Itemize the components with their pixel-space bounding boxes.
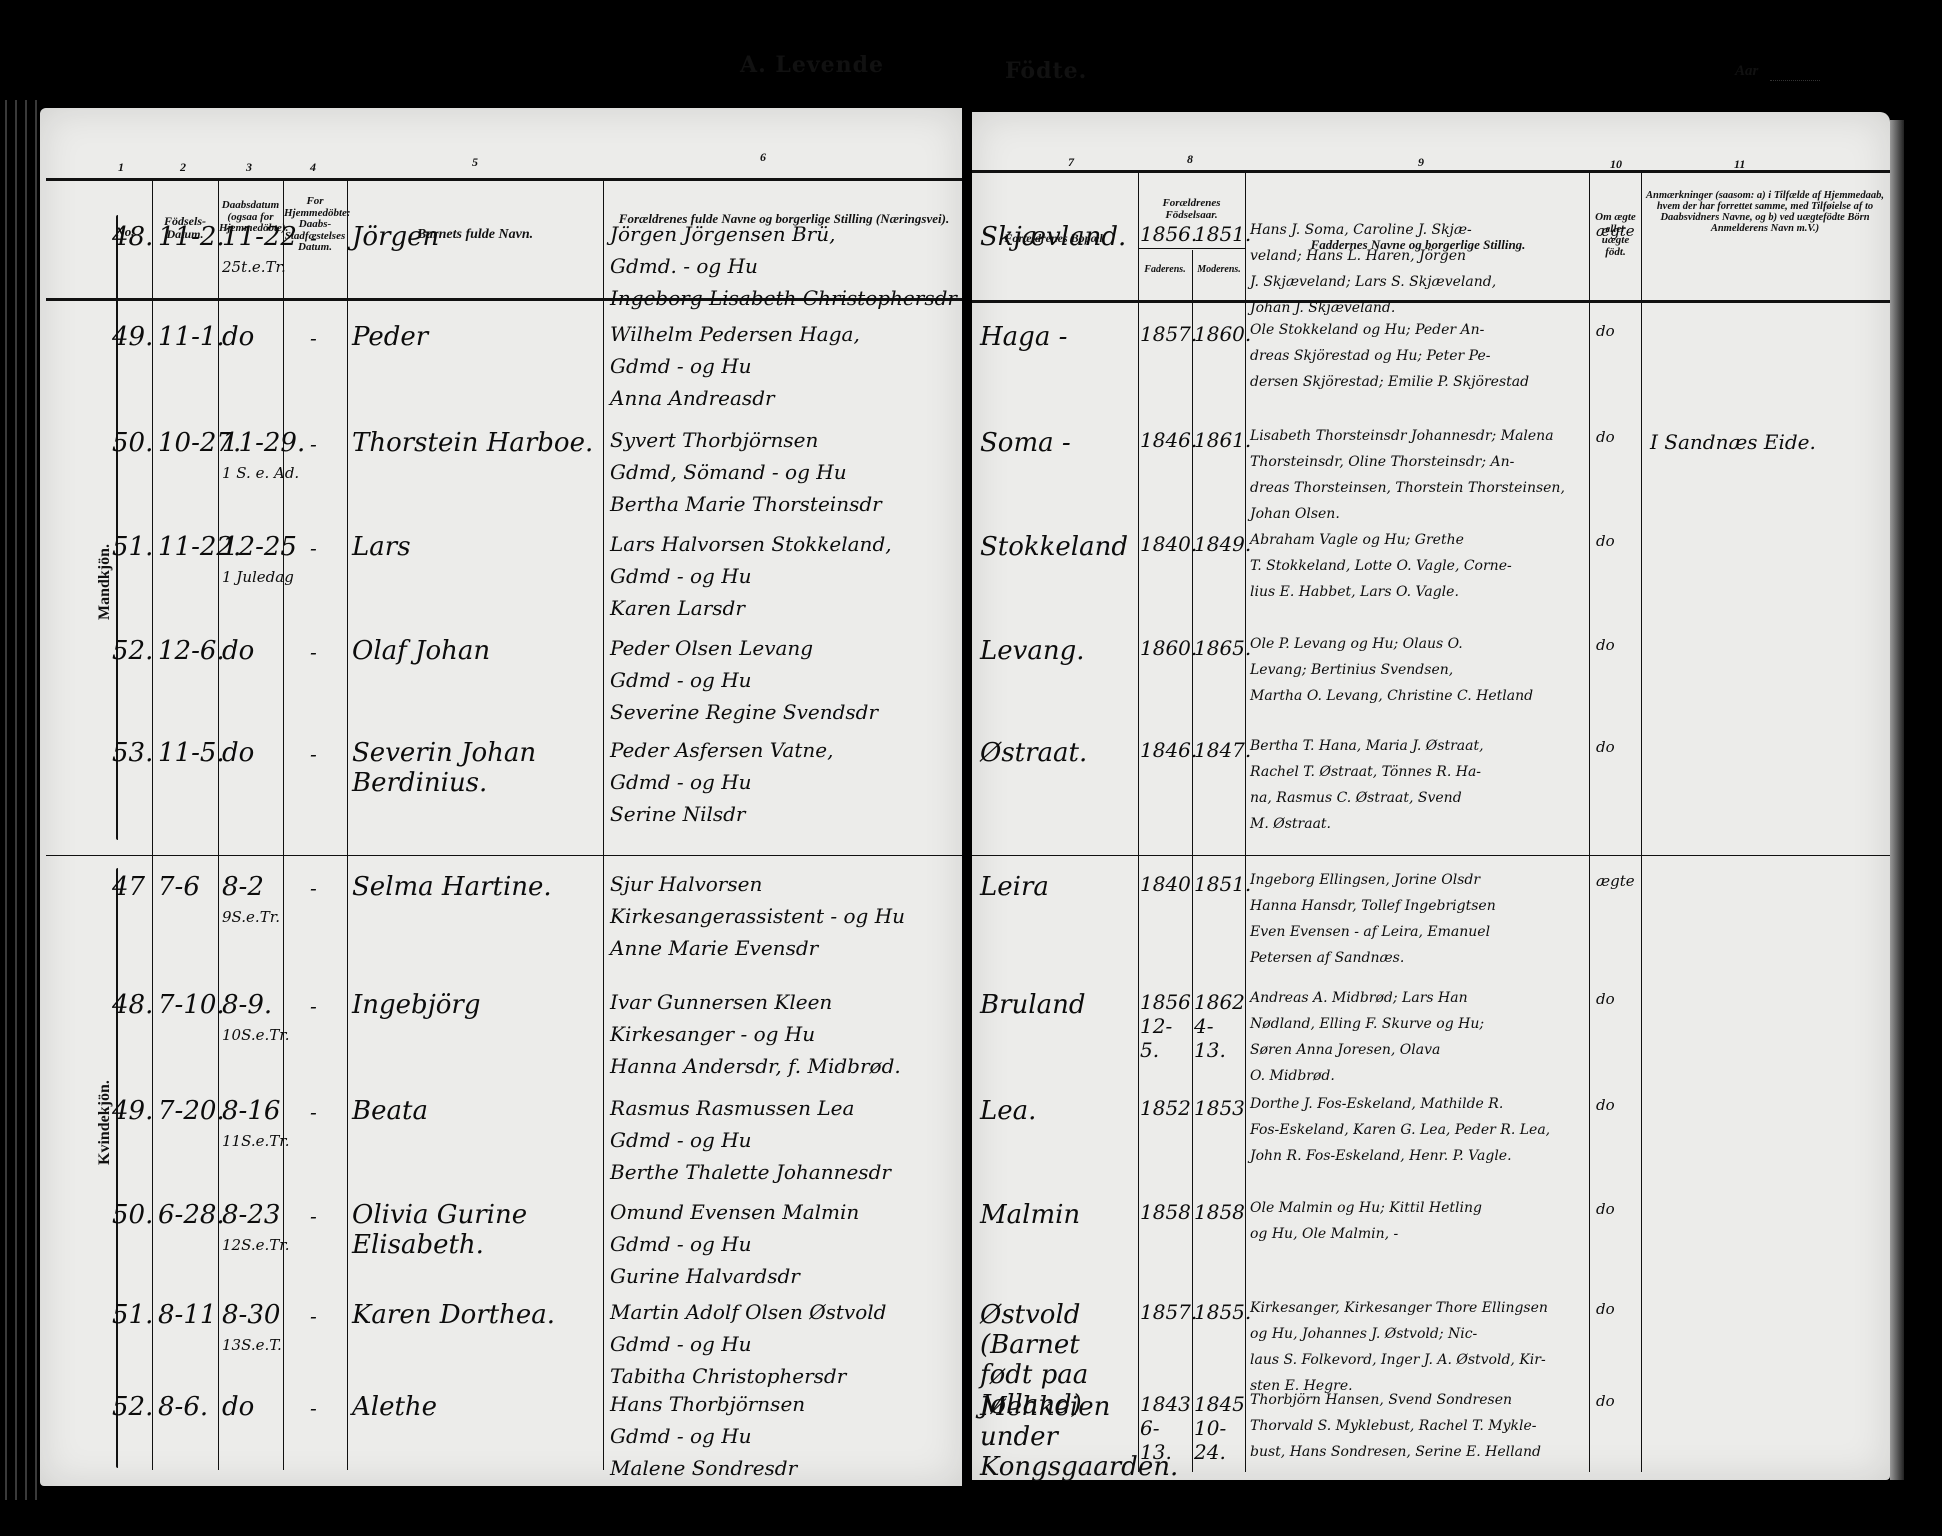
mother-birth-year: 1851. <box>1194 222 1244 246</box>
residence: Mehkeien under Kongsgaarden. <box>980 1392 1135 1482</box>
column-number: 8 <box>1187 152 1193 167</box>
residence: Østraat. <box>980 738 1135 768</box>
sponsors-line: Thorsteinsdr, Oline Thorsteinsdr; An- <box>1250 454 1514 470</box>
parents-line: Karen Larsdr <box>610 596 745 620</box>
baptism-date: 8-2 <box>222 872 264 902</box>
baptism-note: 1 Juledag <box>222 568 294 586</box>
parents-line: Peder Asfersen Vatne, <box>610 738 833 762</box>
baptism-date: 8-23 <box>222 1200 280 1230</box>
father-birth-year: 1840 <box>1140 872 1190 896</box>
home-baptism: - <box>310 1204 317 1228</box>
mother-birth-year: 1853 <box>1194 1096 1244 1120</box>
column-number: 6 <box>760 150 766 165</box>
child-name: Karen Dorthea. <box>352 1300 597 1330</box>
home-baptism: - <box>310 1304 317 1328</box>
residence: Haga - <box>980 322 1135 352</box>
column-number: 9 <box>1418 155 1424 170</box>
header-father-year: Faderens. <box>1139 265 1191 276</box>
entry-number: 51. <box>112 1300 152 1330</box>
sponsors-line: Martha O. Levang, Christine C. Hetland <box>1250 688 1533 704</box>
baptism-note: 12S.e.Tr. <box>222 1236 290 1254</box>
birth-date: 12-6. <box>158 636 225 666</box>
entry-number: 48. <box>112 990 152 1020</box>
birth-date: 7-6 <box>158 872 200 902</box>
parents-line: Serine Nilsdr <box>610 802 746 826</box>
legitimacy: do <box>1596 532 1615 550</box>
sponsors-line: Ole Malmin og Hu; Kittil Hetling <box>1250 1200 1482 1216</box>
sponsors-line: Lisabeth Thorsteinsdr Johannesdr; Malena <box>1250 428 1554 444</box>
sponsors-line: O. Midbrød. <box>1250 1068 1335 1084</box>
header-remarks: Anmærkninger (saasom: a) i Tilfælde af H… <box>1645 190 1885 234</box>
parents-line: Syvert Thorbjörnsen <box>610 428 818 452</box>
parents-line: Lars Halvorsen Stokkeland, <box>610 532 892 556</box>
sponsors-line: John R. Fos-Eskeland, Henr. P. Vagle. <box>1250 1148 1512 1164</box>
entry-number: 50. <box>112 1200 152 1230</box>
parents-line: Martin Adolf Olsen Østvold <box>610 1300 886 1324</box>
sponsors-line: og Hu, Ole Malmin, - <box>1250 1226 1398 1242</box>
sponsors-line: bust, Hans Sondresen, Serine E. Helland <box>1250 1444 1541 1460</box>
residence: Skjævland. <box>980 222 1135 252</box>
parents-line: Gdmd - og Hu <box>610 1232 752 1256</box>
home-baptism: - <box>310 326 317 350</box>
parents-line: Berthe Thalette Johannesdr <box>610 1160 891 1184</box>
section-title-left: A. Levende <box>740 52 884 78</box>
column-rule <box>1138 172 1139 1472</box>
column-number: 3 <box>246 160 252 175</box>
father-birth-year: 1860. <box>1140 636 1190 660</box>
entry-number: 47 <box>112 872 152 902</box>
mother-birth-year: 1861. <box>1194 428 1244 452</box>
entry-number: 53. <box>112 738 152 768</box>
entry-number: 52. <box>112 1392 152 1422</box>
parents-line: Rasmus Rasmussen Lea <box>610 1096 854 1120</box>
baptism-date: 8-30 <box>222 1300 280 1330</box>
mother-birth-year: 1847. <box>1194 738 1244 762</box>
baptism-note: 13S.e.T. <box>222 1336 282 1354</box>
entry-number: 51. <box>112 532 152 562</box>
parents-line: Jörgen Jörgensen Brü, <box>610 222 835 246</box>
entry-number: 49. <box>112 322 152 352</box>
birth-date: 11-1. <box>158 322 225 352</box>
birth-date: 7-20. <box>158 1096 225 1126</box>
sponsors-line: Rachel T. Østraat, Tönnes R. Ha- <box>1250 764 1481 780</box>
column-rule <box>152 180 153 1470</box>
child-name: Thorstein Harboe. <box>352 428 597 458</box>
parents-line: Gdmd - og Hu <box>610 1424 752 1448</box>
residence: Levang. <box>980 636 1135 666</box>
residence: Bruland <box>980 990 1135 1020</box>
parents-line: Ingeborg Lisabeth Christophersdr <box>610 286 957 310</box>
birth-date: 7-10. <box>158 990 225 1020</box>
header-bottom-rule <box>972 300 1890 303</box>
child-name: Jörgen <box>352 222 597 252</box>
sponsors-line: dreas Skjörestad og Hu; Peter Pe- <box>1250 348 1490 364</box>
father-birth-year: 1857. <box>1140 322 1190 346</box>
birth-date: 8-6. <box>158 1392 208 1422</box>
legitimacy: do <box>1596 322 1615 340</box>
mother-birth-year: 1858 <box>1194 1200 1244 1224</box>
column-number: 1 <box>118 160 124 175</box>
sponsors-line: lius E. Habbet, Lars O. Vagle. <box>1250 584 1459 600</box>
page-number: 64 <box>1835 52 1865 86</box>
father-birth-year: 1857. <box>1140 1300 1190 1324</box>
sponsors-line: Ingeborg Ellingsen, Jorine Olsdr <box>1250 872 1480 888</box>
sponsors-line: M. Østraat. <box>1250 816 1331 832</box>
parents-line: Bertha Marie Thorsteinsdr <box>610 492 882 516</box>
parents-line: Gdmd - og Hu <box>610 770 752 794</box>
column-rule <box>1589 172 1590 1472</box>
child-name: Peder <box>352 322 597 352</box>
parents-line: Gdmd. - og Hu <box>610 254 758 278</box>
father-birth-year: 1840. <box>1140 532 1190 556</box>
child-name: Olaf Johan <box>352 636 597 666</box>
birth-date: 6-28. <box>158 1200 225 1230</box>
column-number: 4 <box>310 160 316 175</box>
baptism-date: do <box>222 1392 254 1422</box>
page-edge <box>1890 120 1904 1480</box>
parents-line: Malene Sondresdr <box>610 1456 797 1480</box>
father-birth-year: 1846. <box>1140 738 1190 762</box>
sponsors-line: J. Skjæveland; Lars S. Skjæveland, <box>1250 274 1496 290</box>
mother-birth-year: 1845 10-24. <box>1194 1392 1244 1464</box>
mother-birth-year: 1862 4-13. <box>1194 990 1244 1062</box>
sponsors-line: Even Evensen - af Leira, Emanuel <box>1250 924 1490 940</box>
father-birth-year: 1856. <box>1140 222 1190 246</box>
sponsors-line: Søren Anna Joresen, Olava <box>1250 1042 1440 1058</box>
sponsors-line: Ole Stokkeland og Hu; Peder An- <box>1250 322 1484 338</box>
mother-birth-year: 1855. <box>1194 1300 1244 1324</box>
sponsors-line: og Hu, Johannes J. Østvold; Nic- <box>1250 1326 1477 1342</box>
remarks: I Sandnæs Eide. <box>1650 430 1816 454</box>
father-birth-year: 1846. <box>1140 428 1190 452</box>
header-birth-year: Forældrenes Födselsaar. <box>1139 198 1244 221</box>
birth-date: 8-11 <box>158 1300 216 1330</box>
child-name: Lars <box>352 532 597 562</box>
legitimacy: do <box>1596 738 1615 756</box>
parents-line: Kirkesangerassistent - og Hu <box>610 904 905 928</box>
column-rule <box>1245 172 1246 1472</box>
sponsors-line: Petersen af Sandnæs. <box>1250 950 1404 966</box>
column-rule <box>283 180 284 1470</box>
sponsors-line: Fos-Eskeland, Karen G. Lea, Peder R. Lea… <box>1250 1122 1550 1138</box>
legitimacy: do <box>1596 1096 1615 1114</box>
parents-line: Gdmd - og Hu <box>610 1128 752 1152</box>
sponsors-line: Johan J. Skjæveland. <box>1250 300 1395 316</box>
birth-date: 11-2. <box>158 222 225 252</box>
father-birth-year: 1852 <box>1140 1096 1190 1120</box>
baptism-date: do <box>222 322 254 352</box>
header-top-rule <box>972 170 1890 173</box>
sponsors-line: veland; Hans L. Haren, Jörgen <box>1250 248 1466 264</box>
legitimacy: ægte <box>1596 222 1635 240</box>
sponsors-line: Kirkesanger, Kirkesanger Thore Ellingsen <box>1250 1300 1548 1316</box>
baptism-date: 12-25 <box>222 532 297 562</box>
year-dotted-line <box>1770 80 1820 81</box>
entry-number: 49. <box>112 1096 152 1126</box>
mother-birth-year: 1865. <box>1194 636 1244 660</box>
parents-line: Omund Evensen Malmin <box>610 1200 859 1224</box>
year-label: Aar <box>92 70 120 90</box>
entry-number: 50. <box>112 428 152 458</box>
header-mother-year: Moderens. <box>1193 265 1245 276</box>
mother-birth-year: 1849. <box>1194 532 1244 556</box>
baptism-note: 1 S. e. Ad. <box>222 464 299 482</box>
mother-birth-year: 1860. <box>1194 322 1244 346</box>
sponsors-line: Andreas A. Midbrød; Lars Han <box>1250 990 1468 1006</box>
home-baptism: - <box>310 536 317 560</box>
column-number: 2 <box>180 160 186 175</box>
parents-line: Kirkesanger - og Hu <box>610 1022 815 1046</box>
child-name: Severin Johan Berdinius. <box>352 738 597 798</box>
header-top-rule <box>46 178 962 181</box>
baptism-note: 25t.e.Tr. <box>222 258 286 276</box>
parents-line: Hanna Andersdr, f. Midbrød. <box>610 1054 901 1078</box>
baptism-date: 8-9. <box>222 990 272 1020</box>
sponsors-line: na, Rasmus C. Østraat, Svend <box>1250 790 1462 806</box>
parents-line: Sjur Halvorsen <box>610 872 762 896</box>
page-gutter <box>962 100 972 1536</box>
father-birth-year: 1843 6-13. <box>1140 1392 1190 1464</box>
column-rule <box>347 180 348 1470</box>
parents-line: Anne Marie Evensdr <box>610 936 818 960</box>
section-divider <box>46 855 962 856</box>
legitimacy: do <box>1596 636 1615 654</box>
birth-date: 11-5. <box>158 738 225 768</box>
residence: Lea. <box>980 1096 1135 1126</box>
residence: Leira <box>980 872 1135 902</box>
sponsors-line: dreas Thorsteinsen, Thorstein Thorsteins… <box>1250 480 1565 496</box>
sponsors-line: T. Stokkeland, Lotte O. Vagle, Corne- <box>1250 558 1512 574</box>
parents-line: Severine Regine Svendsdr <box>610 700 878 724</box>
year-value: 1885 <box>136 40 263 98</box>
column-number: 7 <box>1068 155 1074 170</box>
year-heading: Aar 1885 <box>92 40 263 98</box>
sponsors-line: laus S. Folkevord, Inger J. A. Østvold, … <box>1250 1352 1546 1368</box>
child-name: Olivia Gurine Elisabeth. <box>352 1200 597 1260</box>
parents-line: Gdmd - og Hu <box>610 564 752 588</box>
baptism-date: 11-29. <box>222 428 305 458</box>
legitimacy: do <box>1596 1392 1615 1410</box>
home-baptism: - <box>310 742 317 766</box>
parents-line: Hans Thorbjörnsen <box>610 1392 805 1416</box>
sponsors-line: Abraham Vagle og Hu; Grethe <box>1250 532 1464 548</box>
home-baptism: - <box>310 226 317 250</box>
sponsors-line: Bertha T. Hana, Maria J. Østraat, <box>1250 738 1484 754</box>
father-birth-year: 1858 <box>1140 1200 1190 1224</box>
parents-line: Gdmd - og Hu <box>610 668 752 692</box>
sponsors-line: Hanna Hansdr, Tollef Ingebrigtsen <box>1250 898 1496 914</box>
parents-line: Gurine Halvardsdr <box>610 1264 800 1288</box>
entry-number: 52. <box>112 636 152 666</box>
legitimacy: ægte <box>1596 872 1635 890</box>
legitimacy: do <box>1596 1200 1615 1218</box>
father-birth-year: 1856 12-5. <box>1140 990 1190 1062</box>
child-name: Selma Hartine. <box>352 872 597 902</box>
parents-line: Ivar Gunnersen Kleen <box>610 990 832 1014</box>
home-baptism: - <box>310 432 317 456</box>
child-name: Ingebjörg <box>352 990 597 1020</box>
sponsors-line: Dorthe J. Fos-Eskeland, Mathilde R. <box>1250 1096 1503 1112</box>
birth-year-subdivider <box>1138 248 1245 249</box>
section-divider <box>972 855 1890 856</box>
sponsors-line: Levang; Bertinius Svendsen, <box>1250 662 1453 678</box>
home-baptism: - <box>310 876 317 900</box>
baptism-date: do <box>222 738 254 768</box>
baptism-note: 9S.e.Tr. <box>222 908 280 926</box>
residence: Malmin <box>980 1200 1135 1230</box>
entry-number: 48. <box>112 222 152 252</box>
book-binding <box>0 100 42 1500</box>
legitimacy: do <box>1596 428 1615 446</box>
mother-birth-year: 1851. <box>1194 872 1244 896</box>
child-name: Beata <box>352 1096 597 1126</box>
home-baptism: - <box>310 1396 317 1420</box>
home-baptism: - <box>310 994 317 1018</box>
baptism-note: 10S.e.Tr. <box>222 1026 290 1044</box>
legitimacy: do <box>1596 990 1615 1008</box>
sponsors-line: dersen Skjörestad; Emilie P. Skjörestad <box>1250 374 1529 390</box>
parents-line: Peder Olsen Levang <box>610 636 813 660</box>
parents-line: Anna Andreasdr <box>610 386 775 410</box>
sponsors-line: Johan Olsen. <box>1250 506 1340 522</box>
sponsors-line: Ole P. Levang og Hu; Olaus O. <box>1250 636 1463 652</box>
baptism-date: 8-16 <box>222 1096 280 1126</box>
parents-line: Tabitha Christophersdr <box>610 1364 846 1388</box>
sponsors-line: Hans J. Soma, Caroline J. Skjæ- <box>1250 222 1472 238</box>
column-number: 5 <box>472 155 478 170</box>
legitimacy: do <box>1596 1300 1615 1318</box>
parents-line: Wilhelm Pedersen Haga, <box>610 322 860 346</box>
column-rule <box>218 180 219 1470</box>
home-baptism: - <box>310 640 317 664</box>
right-year-label: Aar <box>1735 64 1758 80</box>
parents-line: Gdmd - og Hu <box>610 354 752 378</box>
residence: Stokkeland <box>980 532 1135 562</box>
female-brace <box>116 868 118 1468</box>
sponsors-line: Nødland, Elling F. Skurve og Hu; <box>1250 1016 1484 1032</box>
section-title-right: Födte. <box>1005 58 1087 84</box>
residence: Soma - <box>980 428 1135 458</box>
sponsors-line: Thorbjörn Hansen, Svend Sondresen <box>1250 1392 1512 1408</box>
parents-line: Gdmd, Sömand - og Hu <box>610 460 847 484</box>
baptism-note: 11S.e.Tr. <box>222 1132 290 1150</box>
sponsors-line: Thorvald S. Myklebust, Rachel T. Mykle- <box>1250 1418 1536 1434</box>
baptism-date: do <box>222 636 254 666</box>
column-rule <box>1641 172 1642 1472</box>
home-baptism: - <box>310 1100 317 1124</box>
child-name: Alethe <box>352 1392 597 1422</box>
parents-line: Gdmd - og Hu <box>610 1332 752 1356</box>
baptism-date: 11-22 <box>222 222 297 252</box>
column-rule <box>603 180 604 1470</box>
